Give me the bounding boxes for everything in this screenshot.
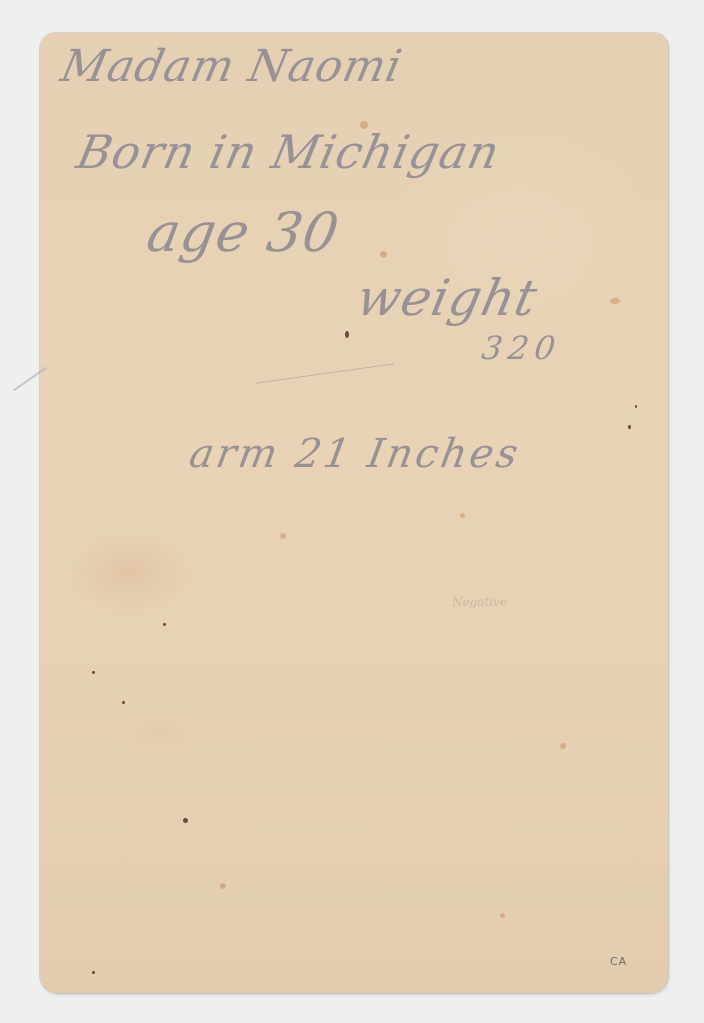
handwritten-weight-label: weight [352, 269, 543, 327]
stain-spot [220, 883, 226, 889]
stain-spot [380, 251, 387, 258]
stain-spot [460, 513, 465, 518]
foxing-spot [635, 405, 637, 408]
stain-spot [280, 533, 286, 539]
foxing-spot [92, 971, 95, 974]
handwritten-age: age 30 [142, 201, 344, 264]
foxing-spot [163, 623, 166, 626]
pencil-line [256, 363, 395, 383]
foxing-spot [628, 425, 631, 429]
foxing-spot [183, 818, 188, 823]
stain-spot [500, 913, 505, 918]
stain-spot [610, 298, 620, 304]
foxing-spot [122, 701, 125, 704]
handwritten-weight-value: 320 [479, 329, 563, 367]
stain-spot [360, 121, 368, 129]
foxing-spot [345, 331, 349, 338]
stray-pencil-mark [13, 367, 47, 392]
handwritten-arm-measurement: arm 21 Inches [186, 431, 524, 477]
cabinet-card-back: Madam Naomi Born in Michigan age 30 weig… [40, 33, 668, 993]
handwritten-birthplace: Born in Michigan [72, 125, 505, 179]
foxing-spot [92, 671, 95, 674]
corner-mark: CA [610, 955, 627, 968]
stain-spot [560, 743, 566, 749]
faint-stamp-text: Negative [452, 595, 507, 609]
handwritten-name: Madam Naomi [57, 41, 407, 92]
